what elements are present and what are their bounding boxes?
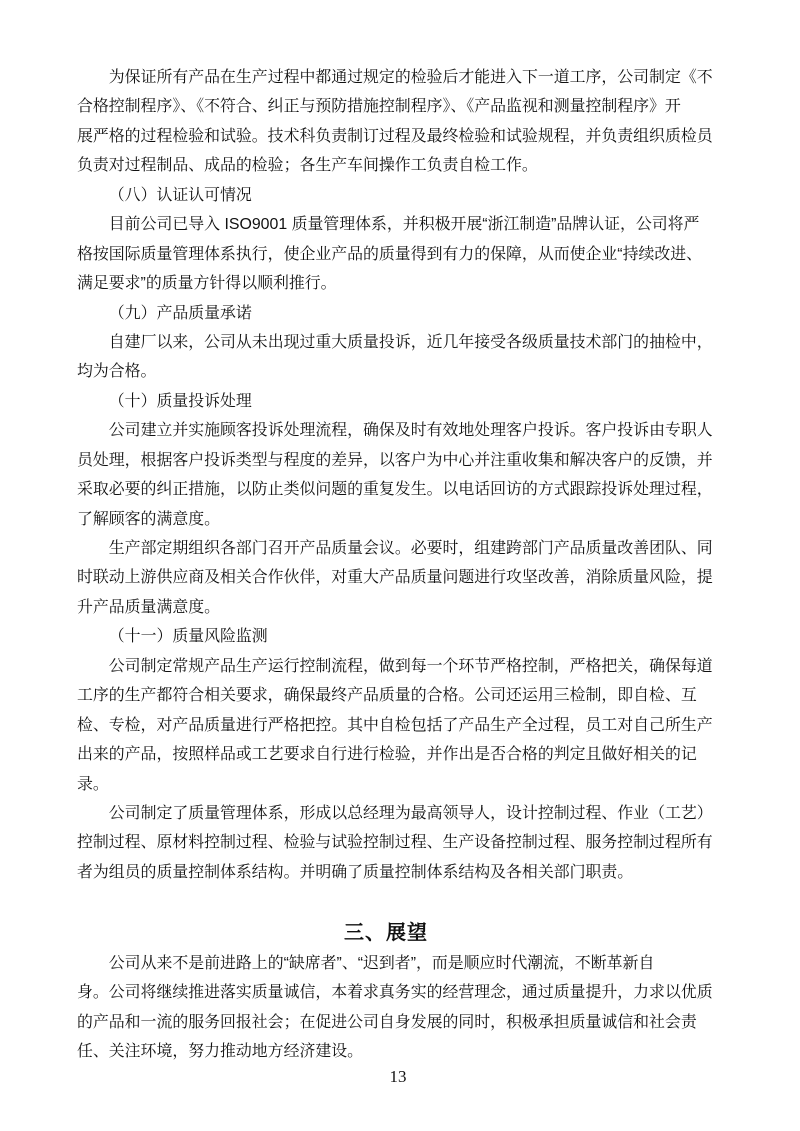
paragraph-line: 任、关注环境，努力推动地方经济建设。 xyxy=(77,1037,717,1066)
paragraph-line: 者为组员的质量控制体系结构。并明确了质量控制体系结构及各相关部门职责。 xyxy=(77,858,717,887)
paragraph-line: 生产部定期组织各部门召开产品质量会议。必要时，组建跨部门产品质量改善团队、同 xyxy=(77,534,717,563)
paragraph-line: 升产品质量满意度。 xyxy=(77,593,717,622)
paragraph-line: 均为合格。 xyxy=(77,357,717,386)
paragraph-inspection-process: 为保证所有产品在生产过程中都通过规定的检验后才能进入下一道工序，公司制定《不 合… xyxy=(77,63,717,181)
subheading-complaint-handling: （十）质量投诉处理 xyxy=(77,387,717,416)
paragraph-quality-meeting: 生产部定期组织各部门召开产品质量会议。必要时，组建跨部门产品质量改善团队、同 时… xyxy=(77,534,717,622)
paragraph-complaint-handling: 公司建立并实施顾客投诉处理流程，确保及时有效地处理客户投诉。客户投诉由专职人 员… xyxy=(77,416,717,534)
paragraph-line: 公司建立并实施顾客投诉处理流程，确保及时有效地处理客户投诉。客户投诉由专职人 xyxy=(77,416,717,445)
paragraph-line: 为保证所有产品在生产过程中都通过规定的检验后才能进入下一道工序，公司制定《不 xyxy=(77,63,717,92)
paragraph-line: 合格控制程序》、《不符合、纠正与预防措施控制程序》、《产品监视和测量控制程序》开 xyxy=(77,92,717,121)
paragraph-line: 员处理，根据客户投诉类型与程度的差异，以客户为中心并注重收集和解决客户的反馈，并 xyxy=(77,446,717,475)
paragraph-quality-system: 公司制定了质量管理体系，形成以总经理为最高领导人，设计控制过程、作业（工艺） 控… xyxy=(77,799,717,887)
subheading-quality-commitment: （九）产品质量承诺 xyxy=(77,299,717,328)
paragraph-line: 了解顾客的满意度。 xyxy=(77,505,717,534)
paragraph-line: 身。公司将继续推进落实质量诚信，本着求真务实的经营理念，通过质量提升，力求以优质 xyxy=(77,978,717,1007)
paragraph-line: 的产品和一流的服务回报社会；在促进公司自身发展的同时，积极承担质量诚信和社会责 xyxy=(77,1008,717,1037)
section-heading-outlook: 三、展望 xyxy=(77,919,717,948)
subheading-risk-monitoring: （十一）质量风险监测 xyxy=(77,622,717,651)
paragraph-line: 录。 xyxy=(77,770,717,799)
paragraph-line: 满足要求”的质量方针得以顺利推行。 xyxy=(77,269,717,298)
page-body: 为保证所有产品在生产过程中都通过规定的检验后才能进入下一道工序，公司制定《不 合… xyxy=(77,63,717,1066)
paragraph-line: 公司制定常规产品生产运行控制流程，做到每一个环节严格控制，严格把关，确保每道 xyxy=(77,652,717,681)
paragraph-line: 检、专检，对产品质量进行严格把控。其中自检包括了产品生产全过程，员工对自己所生产 xyxy=(77,711,717,740)
paragraph-line: 展严格的过程检验和试验。技术科负责制订过程及最终检验和试验规程，并负责组织质检员 xyxy=(77,122,717,151)
paragraph-risk-monitoring: 公司制定常规产品生产运行控制流程，做到每一个环节严格控制，严格把关，确保每道 工… xyxy=(77,652,717,799)
paragraph-outlook: 公司从来不是前进路上的“缺席者”、“迟到者”，而是顺应时代潮流，不断革新自 身。… xyxy=(77,949,717,1067)
subheading-certification: （八）认证认可情况 xyxy=(77,181,717,210)
document-page: 为保证所有产品在生产过程中都通过规定的检验后才能进入下一道工序，公司制定《不 合… xyxy=(0,0,800,1131)
paragraph-line: 自建厂以来，公司从未出现过重大质量投诉，近几年接受各级质量技术部门的抽检中， xyxy=(77,328,717,357)
paragraph-line: 工序的生产都符合相关要求，确保最终产品质量的合格。公司还运用三检制，即自检、互 xyxy=(77,681,717,710)
paragraph-quality-commitment: 自建厂以来，公司从未出现过重大质量投诉，近几年接受各级质量技术部门的抽检中， 均… xyxy=(77,328,717,387)
paragraph-line: 采取必要的纠正措施，以防止类似问题的重复发生。以电话回访的方式跟踪投诉处理过程， xyxy=(77,475,717,504)
paragraph-line: 目前公司已导入 ISO9001 质量管理体系，并积极开展“浙江制造”品牌认证，公… xyxy=(77,210,717,239)
paragraph-line: 负责对过程制品、成品的检验；各生产车间操作工负责自检工作。 xyxy=(77,151,717,180)
paragraph-line: 时联动上游供应商及相关合作伙伴，对重大产品质量问题进行攻坚改善，消除质量风险，提 xyxy=(77,563,717,592)
paragraph-line: 格按国际质量管理体系执行，使企业产品的质量得到有力的保障，从而使企业“持续改进、 xyxy=(77,240,717,269)
page-number: 13 xyxy=(0,1065,796,1089)
paragraph-line: 出来的产品，按照样品或工艺要求自行进行检验，并作出是否合格的判定且做好相关的记 xyxy=(77,740,717,769)
paragraph-line: 公司从来不是前进路上的“缺席者”、“迟到者”，而是顺应时代潮流，不断革新自 xyxy=(77,949,717,978)
paragraph-line: 公司制定了质量管理体系，形成以总经理为最高领导人，设计控制过程、作业（工艺） xyxy=(77,799,717,828)
paragraph-line: 控制过程、原材料控制过程、检验与试验控制过程、生产设备控制过程、服务控制过程所有 xyxy=(77,828,717,857)
paragraph-certification: 目前公司已导入 ISO9001 质量管理体系，并积极开展“浙江制造”品牌认证，公… xyxy=(77,210,717,298)
